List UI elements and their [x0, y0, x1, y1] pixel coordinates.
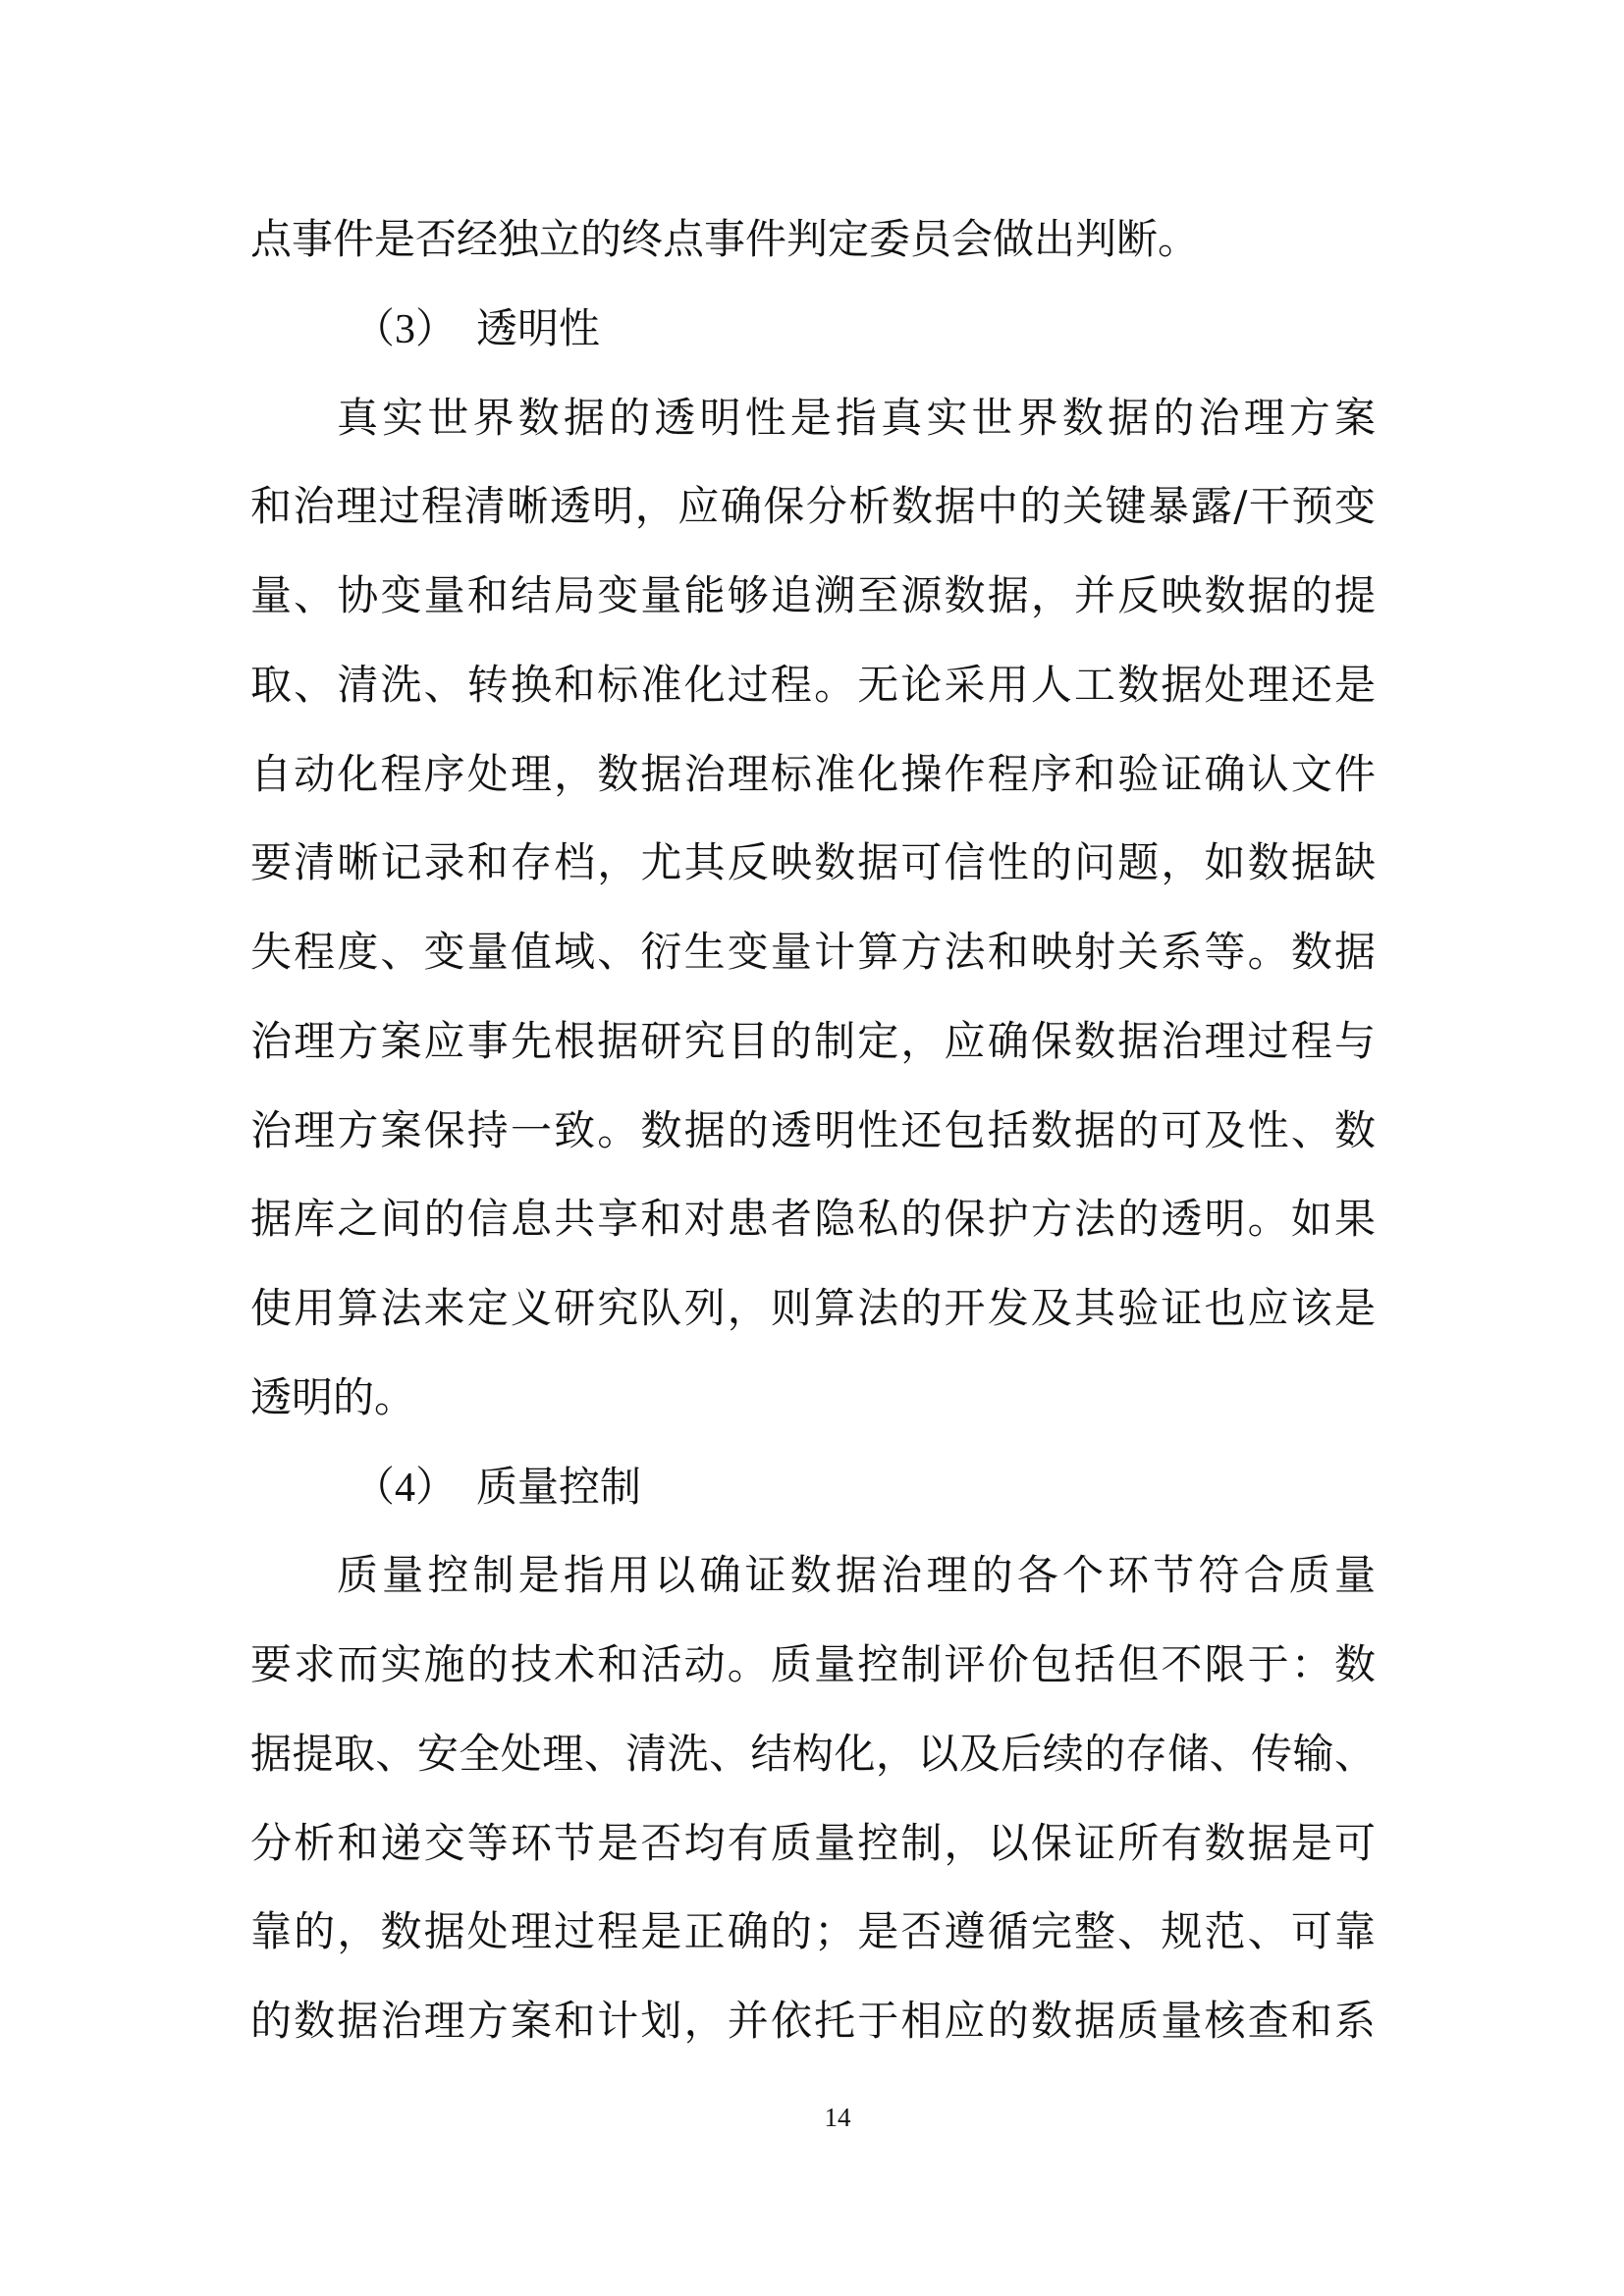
paragraph-line: 要清晰记录和存档，尤其反映数据可信性的问题，如数据缺: [250, 819, 1376, 908]
section-title: 质量控制: [476, 1463, 641, 1511]
paragraph-line: 失程度、变量值域、衍生变量计算方法和映射关系等。数据: [250, 908, 1376, 997]
paragraph-line: 分析和递交等环节是否均有质量控制，以保证所有数据是可: [250, 1799, 1376, 1889]
paragraph-line: 透明的。: [250, 1354, 1376, 1443]
paragraph-line: 靠的，数据处理过程是正确的；是否遵循完整、规范、可靠: [250, 1888, 1376, 1977]
body-text: 点事件是否经独立的终点事件判定委员会做出判断。 （3）透明性 真实世界数据的透明…: [250, 195, 1376, 2066]
paragraph-line: 据提取、安全处理、清洗、结构化，以及后续的存储、传输、: [250, 1710, 1376, 1799]
document-page: 点事件是否经独立的终点事件判定委员会做出判断。 （3）透明性 真实世界数据的透明…: [0, 0, 1624, 2296]
page-number: 14: [823, 2101, 852, 2134]
section-heading-quality-control: （4）质量控制: [250, 1443, 1376, 1532]
paragraph-line: 的数据治理方案和计划，并依托于相应的数据质量核查和系: [250, 1977, 1376, 2066]
paragraph-line: 治理方案保持一致。数据的透明性还包括数据的可及性、数: [250, 1087, 1376, 1176]
section-title: 透明性: [476, 304, 600, 352]
paragraph-line: 自动化程序处理，数据治理标准化操作程序和验证确认文件: [250, 730, 1376, 820]
paragraph-line: 要求而实施的技术和活动。质量控制评价包括但不限于：数: [250, 1621, 1376, 1710]
paragraph-line: 质量控制是指用以确证数据治理的各个环节符合质量: [250, 1531, 1376, 1621]
section-number: （4）: [353, 1466, 457, 1511]
paragraph-line: 和治理过程清晰透明，应确保分析数据中的关键暴露/干预变: [250, 462, 1376, 552]
paragraph-line: 取、清洗、转换和标准化过程。无论采用人工数据处理还是: [250, 641, 1376, 730]
paragraph-line: 量、协变量和结局变量能够追溯至源数据，并反映数据的提: [250, 552, 1376, 641]
paragraph-line: 治理方案应事先根据研究目的制定，应确保数据治理过程与: [250, 997, 1376, 1087]
paragraph-continuation-line: 点事件是否经独立的终点事件判定委员会做出判断。: [250, 195, 1376, 285]
paragraph-line: 使用算法来定义研究队列，则算法的开发及其验证也应该是: [250, 1264, 1376, 1354]
section-heading-transparency: （3）透明性: [250, 285, 1376, 374]
paragraph-line: 真实世界数据的透明性是指真实世界数据的治理方案: [250, 374, 1376, 463]
paragraph-line: 据库之间的信息共享和对患者隐私的保护方法的透明。如果: [250, 1175, 1376, 1264]
section-number: （3）: [353, 307, 457, 352]
